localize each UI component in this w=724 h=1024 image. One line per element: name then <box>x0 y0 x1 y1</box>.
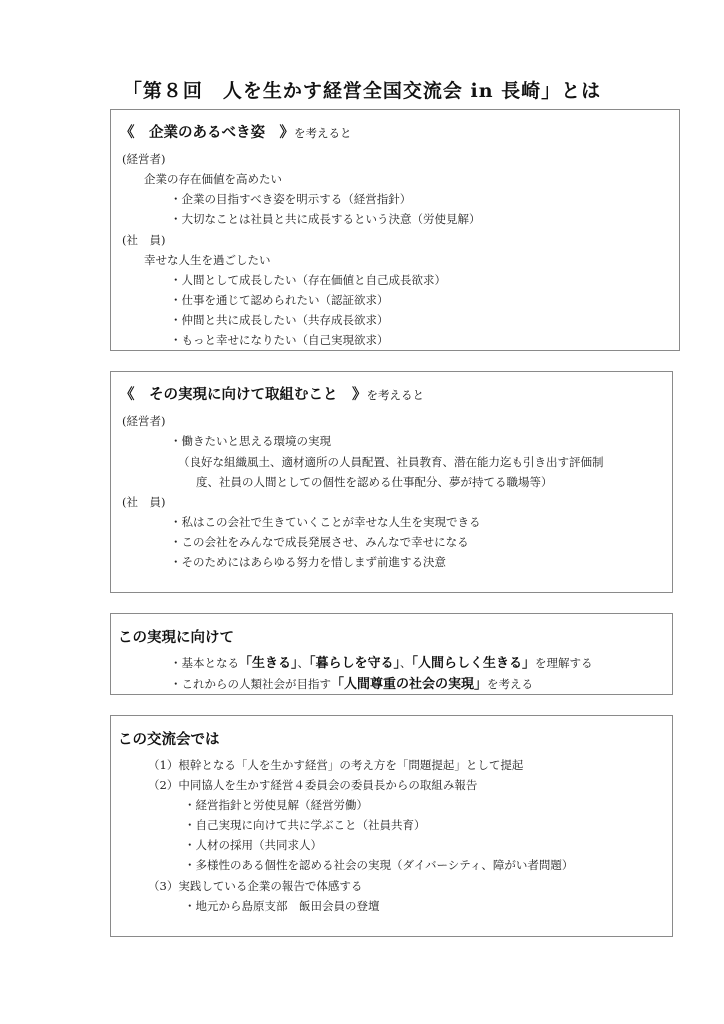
label-management: (経営者) <box>122 152 165 166</box>
label-employees: (社 員) <box>122 233 165 247</box>
numbered-item: （2）中同協人を生かす経営４委員会の委員長からの取組み報告 <box>148 778 477 792</box>
list-item: ・企業の目指すべき姿を明示する（経営指針） <box>170 192 411 206</box>
list-item-detail: 度、社員の人間としての個性を認める仕事配分、夢が持てる職場等） <box>196 475 553 489</box>
label-employees: (社 員) <box>122 495 165 509</box>
page-title: 「第８回 人を生かす経営全国交流会 in 長崎」とは <box>0 76 724 103</box>
list-item: ・経営指針と労使見解（経営労働） <box>184 798 368 812</box>
label-management: (経営者) <box>122 414 165 428</box>
numbered-item: （1）根幹となる「人を生かす経営」の考え方を「問題提起」として提起 <box>148 758 523 772</box>
list-item: ・自己実現に向けて共に学ぶこと（社員共育） <box>184 818 426 832</box>
list-item: ・私はこの会社で生きていくことが幸せな人生を実現できる <box>170 515 481 529</box>
list-item: ・人材の採用（共同求人） <box>184 838 322 852</box>
list-item: ・これからの人類社会が目指す「人間尊重の社会の実現」を考える <box>170 677 533 692</box>
list-item: 企業の存在価値を高めたい <box>144 172 282 186</box>
section-heading: 《 企業のあるべき姿 》を考えると <box>120 121 352 142</box>
list-item: ・人間として成長したい（存在価値と自己成長欲求） <box>170 273 446 287</box>
list-item: ・そのためにはあらゆる努力を惜しまず前進する決意 <box>170 555 446 569</box>
list-item: ・多様性のある個性を認める社会の実現（ダイバーシティ、障がい者問題） <box>184 858 573 872</box>
section-heading: 《 その実現に向けて取組むこと 》を考えると <box>120 383 424 404</box>
list-item: ・仲間と共に成長したい（共存成長欲求） <box>170 313 389 327</box>
list-item: ・もっと幸せになりたい（自己実現欲求） <box>170 333 389 347</box>
list-item-detail: （良好な組織風土、適材適所の人員配置、社員教育、潜在能力迄も引き出す評価制 <box>178 455 604 469</box>
list-item: ・仕事を通じて認められたい（認証欲求） <box>170 293 389 307</box>
numbered-item: （3）実践している企業の報告で体感する <box>148 879 362 893</box>
section-heading: この実現に向けて <box>118 626 234 647</box>
list-item: ・大切なことは社員と共に成長するという決意（労使見解） <box>170 212 481 226</box>
list-item: ・基本となる「生きる」、「暮らしを守る」、「人間らしく生きる」を理解する <box>170 656 593 671</box>
list-item: ・地元から島原支部 飯田会員の登壇 <box>184 899 380 913</box>
list-item: ・働きたいと思える環境の実現 <box>170 434 331 448</box>
list-item: ・この会社をみんなで成長発展させ、みんなで幸せになる <box>170 535 469 549</box>
section-heading: この交流会では <box>118 728 220 749</box>
list-item: 幸せな人生を過ごしたい <box>144 253 271 267</box>
